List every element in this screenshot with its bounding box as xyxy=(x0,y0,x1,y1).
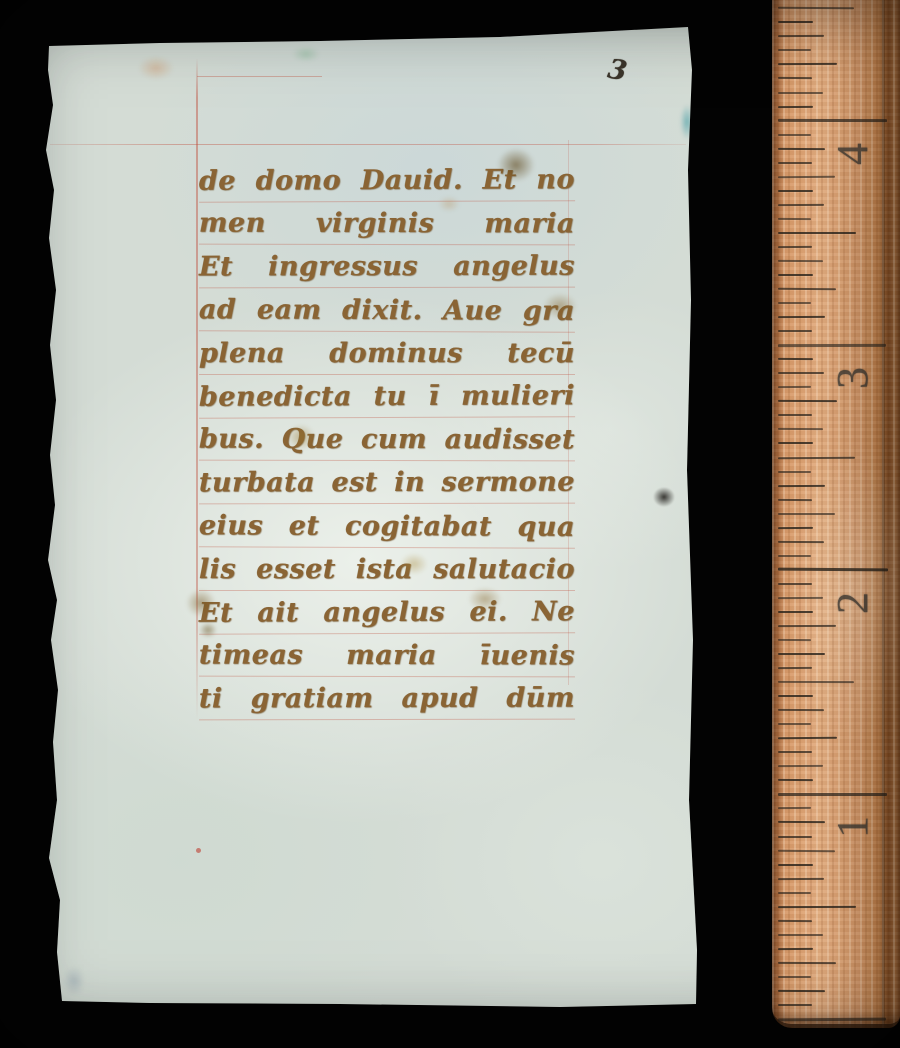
ruler-tick xyxy=(778,274,813,276)
ruler-tick xyxy=(778,807,811,809)
dark-speck xyxy=(653,487,675,507)
ruler-tick xyxy=(778,1004,812,1006)
ruler-tick xyxy=(778,568,888,572)
teal-edge-mark xyxy=(680,104,694,140)
ruler-tick xyxy=(778,583,812,585)
ruler-inch-label: 4 xyxy=(830,131,876,177)
ruler-tick xyxy=(778,190,813,192)
ruler-tick xyxy=(778,386,811,388)
ruler-tick xyxy=(778,63,837,65)
ruler-tick xyxy=(778,302,811,304)
ruler-inch-label: 1 xyxy=(830,804,876,850)
ruler-tick xyxy=(778,948,813,950)
ruler-tick xyxy=(778,751,812,753)
ruler-tick xyxy=(778,92,823,94)
ruler-tick xyxy=(778,793,887,796)
manuscript-line: benedicta tu ī mulieri xyxy=(199,373,575,419)
ruler-tick xyxy=(778,232,856,234)
ruler-tick xyxy=(778,21,813,23)
ruler-tick xyxy=(778,484,825,486)
ruler-tick xyxy=(778,990,825,992)
stain-spot xyxy=(138,56,174,80)
manuscript-line: Et ingressus angelus xyxy=(199,244,575,289)
ruler-tick xyxy=(778,35,824,37)
ruler-tick xyxy=(778,611,813,613)
ruler-tick xyxy=(778,835,812,837)
ruler-tick xyxy=(778,498,812,500)
ruler-tick xyxy=(778,218,811,220)
ruler-tick xyxy=(778,470,811,472)
ruler-tick xyxy=(778,920,812,922)
folio-number: 3 xyxy=(605,54,629,88)
manuscript-line: turbata est in sermone xyxy=(199,460,575,505)
photo-of-manuscript-leaf-with-ruler: de domo Dauid. Et nomen virginis mariaEt… xyxy=(0,0,900,1048)
manuscript-line: de domo Dauid. Et no xyxy=(199,157,575,203)
manuscript-line: men virginis maria xyxy=(199,201,575,246)
ruler-tick xyxy=(778,737,837,739)
ruler-tick xyxy=(778,358,813,360)
ruler-tick xyxy=(778,414,812,416)
ruler-tick xyxy=(778,442,813,444)
ruler-tick xyxy=(778,148,825,150)
ruler-tick xyxy=(778,639,811,641)
ruler-tick xyxy=(778,246,812,248)
ruler-tick xyxy=(778,864,813,866)
ruler-tick xyxy=(778,77,812,79)
green-smudge xyxy=(292,46,320,62)
ruler-inch-label: 3 xyxy=(830,355,876,401)
ruler-tick xyxy=(778,330,812,332)
ruling-line-top-short xyxy=(197,76,322,77)
ruler-side-edge xyxy=(882,0,885,1024)
ruler-tick xyxy=(778,1017,886,1021)
manuscript-line: eius et cogitabat qua xyxy=(199,503,575,549)
ruler-tick xyxy=(778,204,824,206)
ruler-tick xyxy=(778,134,811,136)
ruler-tick xyxy=(778,456,855,459)
ruler-inch-label: 2 xyxy=(830,580,876,626)
ruler-tick xyxy=(778,176,835,178)
ruler-tick xyxy=(778,288,836,290)
ruler-tick xyxy=(778,7,854,10)
wooden-ruler: 1234 xyxy=(772,0,900,1028)
ruler-tick xyxy=(778,428,823,430)
ruler-tick xyxy=(778,765,823,767)
ruler-tick xyxy=(778,162,812,164)
ruler-tick xyxy=(778,723,811,725)
ruler-tick xyxy=(778,597,823,599)
ruler-tick xyxy=(778,779,813,781)
ruler-tick xyxy=(778,316,825,318)
ruler-tick xyxy=(778,343,886,346)
blue-smudge xyxy=(63,966,85,996)
manuscript-line: plena dominus tecū xyxy=(199,331,575,375)
ruler-tick xyxy=(778,372,824,374)
ruler-tick xyxy=(778,555,811,557)
ruler-tick xyxy=(778,849,835,851)
ruler-tick xyxy=(778,513,835,515)
manuscript-line: Et ait angelus ei. Ne xyxy=(199,589,575,635)
ruler-tick xyxy=(778,681,854,683)
ruler-tick xyxy=(778,976,811,978)
manuscript-line: ad eam dixit. Aue gra xyxy=(199,287,575,333)
ruler-tick xyxy=(778,821,825,823)
manuscript-leaf: de domo Dauid. Et nomen virginis mariaEt… xyxy=(0,0,900,1048)
ruler-tick xyxy=(778,119,887,122)
ruler-tick xyxy=(778,934,823,936)
manuscript-line: timeas maria īuenis xyxy=(199,633,575,678)
manuscript-line: lis esset ista salutacio xyxy=(199,547,575,591)
ruler-tick xyxy=(778,906,856,908)
ruler-tick xyxy=(778,962,836,964)
ruler-tick xyxy=(778,527,813,529)
ruler-tick xyxy=(778,260,823,262)
manuscript-line: ti gratiam apud dūm xyxy=(199,676,575,721)
manuscript-line: bus. Que cum audisset xyxy=(199,417,575,462)
ruler-tick xyxy=(778,877,824,879)
ruler-tick xyxy=(778,541,824,543)
ruling-line-top xyxy=(50,144,686,145)
ruler-tick xyxy=(778,892,811,894)
ruler-tick xyxy=(778,105,813,107)
ruler-tick xyxy=(778,400,837,402)
ruler-tick xyxy=(778,667,812,669)
ruling-line-vertical-left xyxy=(196,58,198,720)
ruler-tick xyxy=(778,49,811,51)
ruler-tick xyxy=(778,625,836,627)
red-dot xyxy=(196,848,201,853)
ruler-tick xyxy=(778,653,825,655)
ruler-tick xyxy=(778,709,824,711)
ruler-tick xyxy=(778,695,813,697)
